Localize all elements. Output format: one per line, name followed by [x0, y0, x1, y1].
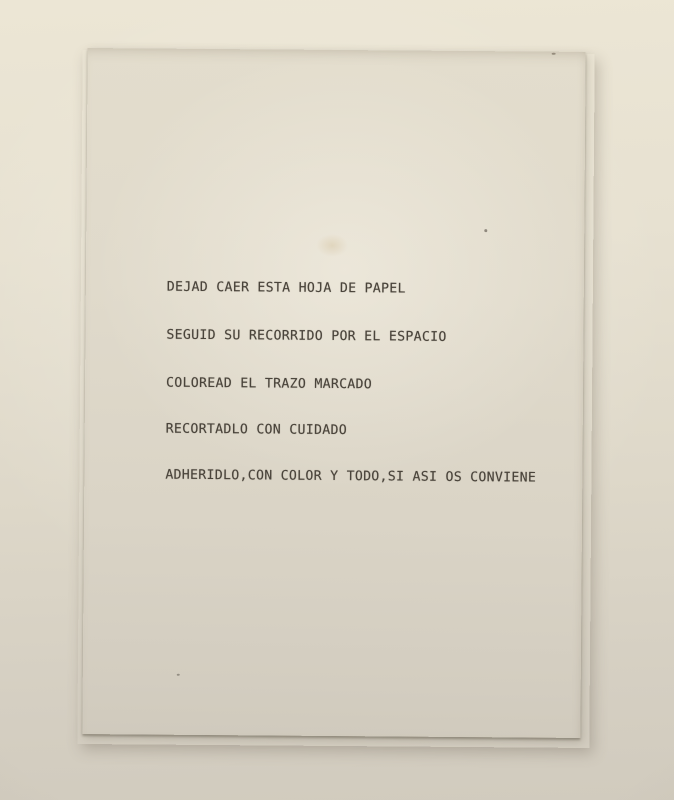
typewritten-text-block: DEJAD CAER ESTA HOJA DE PAPEL SEGUID SU … — [88, 48, 586, 52]
typewritten-line-5: ADHERIDLO,CON COLOR Y TODO,SI ASI OS CON… — [165, 469, 536, 485]
paper-sheet: DEJAD CAER ESTA HOJA DE PAPEL SEGUID SU … — [82, 48, 585, 738]
photo-wall: DEJAD CAER ESTA HOJA DE PAPEL SEGUID SU … — [0, 0, 674, 800]
paper-edge-speck — [552, 53, 556, 55]
paper-speck — [484, 229, 487, 232]
typewritten-line-2: SEGUID SU RECORRIDO POR EL ESPACIO — [166, 329, 446, 344]
paper-speck — [177, 674, 180, 676]
typewritten-line-4: RECORTADLO CON CUIDADO — [166, 423, 347, 437]
paper-stain — [316, 234, 348, 257]
typewritten-line-3: COLOREAD EL TRAZO MARCADO — [166, 377, 372, 392]
typewritten-line-1: DEJAD CAER ESTA HOJA DE PAPEL — [167, 281, 406, 296]
